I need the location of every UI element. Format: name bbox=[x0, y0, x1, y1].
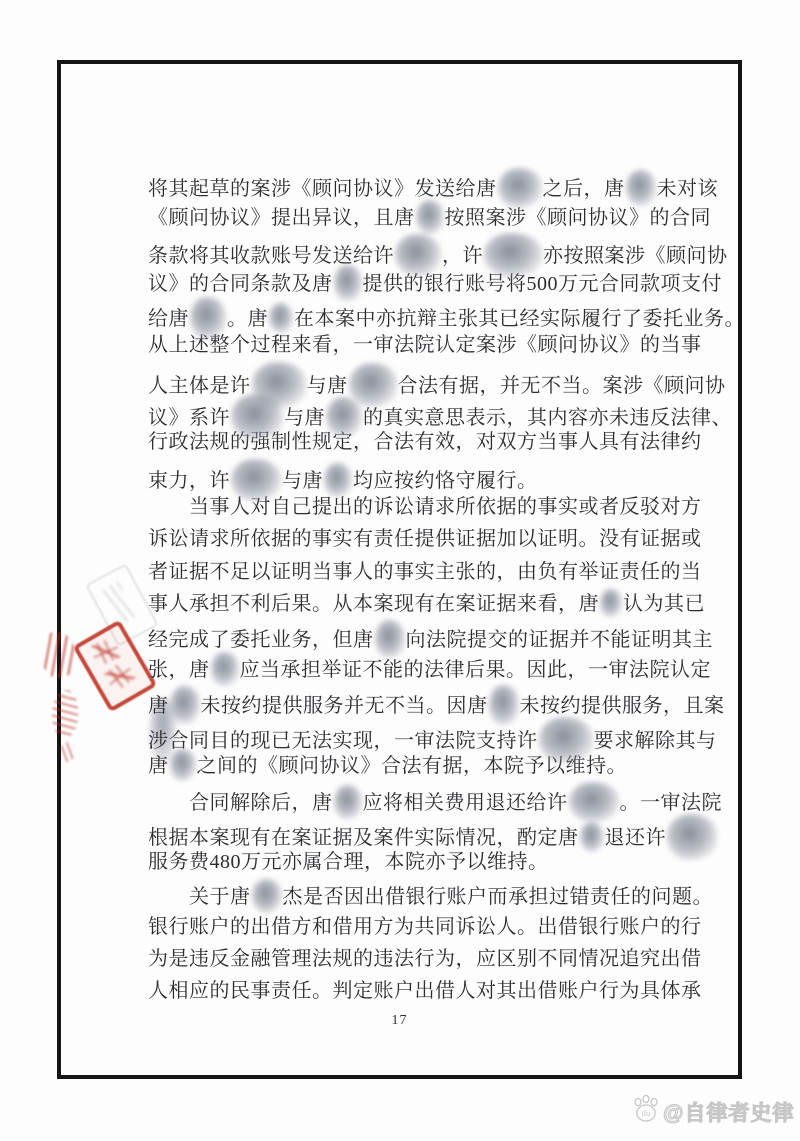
page-number: 17 bbox=[57, 1013, 742, 1029]
text-line: 合同解除后，唐应将相关费用退还给许。一审法院 bbox=[148, 782, 710, 814]
text-line: 者证据不足以证明当事人的事实主张的，由负有举证责任的当 bbox=[148, 556, 710, 588]
text-run: 与唐 bbox=[282, 470, 323, 492]
text-line: 束力，许与唐均应按约恪守履行。 bbox=[148, 459, 710, 491]
redaction-blob bbox=[170, 749, 196, 781]
text-line: 议》系许与唐的真实意思表示，其内容亦未违反法律、 bbox=[148, 394, 710, 426]
redaction-blob bbox=[211, 652, 239, 686]
text-line: 经完成了委托业务，但唐向法院提交的证据并不能证明其主 bbox=[148, 620, 710, 652]
text-line: 涉合同目的现已无法实现，一审法院支持许要求解除其与 bbox=[148, 717, 710, 749]
watermark-text: @自律者史律 bbox=[663, 1097, 794, 1127]
text-run: 应将相关费用退还给许 bbox=[363, 792, 568, 814]
text-run: 银行账户的出借方和借用方为共同诉讼人。出借银行账户的行 bbox=[148, 916, 702, 938]
paw-icon-text: du bbox=[642, 1109, 651, 1118]
text-run: 未按约提供服务，且案 bbox=[520, 695, 725, 717]
text-line: 从上述整个过程来看，一审法院认定案涉《顾问协议》的当事 bbox=[148, 329, 710, 361]
text-run: 亦按照案涉《顾问协 bbox=[543, 245, 728, 267]
text-run: 提供的银行账号将500万元合同款项支付 bbox=[363, 273, 723, 295]
redaction-blob bbox=[252, 879, 282, 913]
redaction-blob bbox=[489, 685, 519, 725]
redaction-blob bbox=[269, 303, 293, 333]
redaction-blob bbox=[484, 233, 542, 277]
redaction-blob bbox=[395, 234, 441, 276]
text-line: 事人承担不利后果。从本案现有在案证据来看，唐认为其已 bbox=[148, 588, 710, 620]
redaction-blob bbox=[667, 814, 717, 860]
text-line: 关于唐杰是否因出借银行账户而承担过错责任的问题。 bbox=[148, 879, 710, 911]
text-run: 为是违反金融管理法规的违法行为，应区别不同情况追究出借 bbox=[148, 948, 702, 970]
red-edge-stamp-fragment bbox=[60, 742, 75, 762]
text-run: 在本案中亦抗辩主张其已经实际履行了委托业务。 bbox=[294, 308, 745, 330]
text-line: 唐之间的《顾问协议》合法有据，本院予以维持。 bbox=[148, 749, 710, 781]
text-run: 张，唐 bbox=[148, 659, 210, 681]
text-run: 议》的合同条款及唐 bbox=[148, 273, 333, 295]
text-run: 给唐 bbox=[148, 308, 189, 330]
text-run: 服务费480万元亦属合理，本院亦予以维持。 bbox=[148, 851, 549, 873]
redaction-blob bbox=[334, 265, 362, 301]
text-line: 行政法规的强制性规定，合法有效，对双方当事人具有法律约 bbox=[148, 426, 710, 458]
text-run: 。一审法院 bbox=[620, 792, 723, 814]
text-line: 当事人对自己提出的诉讼请求所依据的事实或者反驳对方 bbox=[148, 491, 710, 523]
text-run: 者证据不足以证明当事人的事实主张的，由负有举证责任的当 bbox=[148, 561, 702, 583]
redaction-blob bbox=[600, 589, 622, 617]
text-run: 按照案涉《顾问协议》的合同 bbox=[445, 207, 712, 229]
redaction-blob bbox=[231, 459, 281, 501]
text-run: 关于唐 bbox=[189, 886, 251, 908]
text-run: 之后，唐 bbox=[543, 178, 625, 200]
text-run: 《顾问协议》提出异议，且唐 bbox=[148, 207, 415, 229]
redaction-blob bbox=[190, 297, 226, 339]
text-run: ，许 bbox=[442, 245, 483, 267]
redaction-blob bbox=[375, 620, 405, 658]
text-line: 人相应的民事责任。判定账户出借人对其出借账户行为具体承 bbox=[148, 975, 710, 1007]
redaction-blob bbox=[580, 822, 604, 852]
text-line: 为是违反金融管理法规的违法行为，应区别不同情况追究出借 bbox=[148, 943, 710, 975]
text-run: 合同解除后，唐 bbox=[189, 792, 333, 814]
redaction-blob bbox=[170, 686, 200, 724]
text-line: 银行账户的出借方和借用方为共同诉讼人。出借银行账户的行 bbox=[148, 911, 710, 943]
text-line: 给唐。唐在本案中亦抗辩主张其已经实际履行了委托业务。 bbox=[148, 297, 710, 329]
red-edge-stamp-fragment bbox=[52, 690, 78, 738]
text-line: 根据本案现有在案证据及案件实际情况，酌定唐退还许 bbox=[148, 814, 710, 846]
redaction-blob bbox=[569, 782, 619, 822]
redaction-blob bbox=[231, 394, 283, 440]
text-run: 条款将其收款账号发送给许 bbox=[148, 245, 394, 267]
text-line: 服务费480万元亦属合理，本院亦予以维持。 bbox=[148, 846, 710, 878]
text-line: 诉讼请求所依据的事实有责任提供证据加以证明。没有证据或 bbox=[148, 523, 710, 555]
redaction-blob bbox=[626, 170, 656, 206]
text-run: 唐 bbox=[148, 695, 169, 717]
text-run: 退还许 bbox=[605, 827, 667, 849]
text-run: 束力，许 bbox=[148, 470, 230, 492]
redaction-blob bbox=[334, 785, 362, 819]
ghost-seal-marks bbox=[101, 581, 137, 626]
text-run: 。唐 bbox=[227, 308, 268, 330]
text-run: 将其起草的案涉《顾问协议》发送给唐 bbox=[148, 178, 497, 200]
text-run: 认为其已 bbox=[623, 593, 705, 615]
redaction-blob bbox=[498, 168, 542, 208]
text-line: 条款将其收款账号发送给许，许亦按照案涉《顾问协 bbox=[148, 233, 710, 265]
text-run: 行政法规的强制性规定，合法有效，对双方当事人具有法律约 bbox=[148, 431, 702, 453]
text-run: 向法院提交的证据并不能证明其主 bbox=[406, 629, 714, 651]
redaction-blob bbox=[326, 397, 362, 437]
redaction-blob bbox=[416, 200, 444, 234]
text-block: 将其起草的案涉《顾问协议》发送给唐之后，唐未对该《顾问协议》提出异议，且唐按照案… bbox=[148, 168, 710, 1008]
redaction-blob bbox=[539, 717, 593, 763]
red-edge-stamp-fragment bbox=[42, 632, 76, 678]
redaction-blob bbox=[324, 463, 352, 497]
text-run: 经完成了委托业务，但唐 bbox=[148, 629, 374, 651]
seal-character-mark bbox=[103, 659, 137, 692]
text-run: 唐 bbox=[148, 755, 169, 777]
text-run: 未按约提供服务并无不当。因唐 bbox=[201, 695, 488, 717]
text-run: 人相应的民事责任。判定账户出借人对其出借账户行为具体承 bbox=[148, 980, 702, 1002]
text-run: 事人承担不利后果。从本案现有在案证据来看，唐 bbox=[148, 593, 599, 615]
watermark: du @自律者史律 bbox=[632, 1094, 794, 1129]
text-line: 将其起草的案涉《顾问协议》发送给唐之后，唐未对该 bbox=[148, 168, 710, 200]
text-run: 诉讼请求所依据的事实有责任提供证据加以证明。没有证据或 bbox=[148, 528, 702, 550]
text-line: 唐未按约提供服务并无不当。因唐未按约提供服务，且案 bbox=[148, 685, 710, 717]
text-run: 杰是否因出借银行账户而承担过错责任的问题。 bbox=[283, 886, 714, 908]
text-run: 均应按约恪守履行。 bbox=[353, 470, 538, 492]
text-run: 未对该 bbox=[657, 178, 719, 200]
text-line: 《顾问协议》提出异议，且唐按照案涉《顾问协议》的合同 bbox=[148, 200, 710, 232]
baidu-paw-icon: du bbox=[632, 1094, 660, 1129]
text-run: 应当承担举证不能的法律后果。因此，一审法院认定 bbox=[240, 659, 712, 681]
text-line: 人主体是许与唐合法有据，并无不当。案涉《顾问协 bbox=[148, 362, 710, 394]
text-run: 从上述整个过程来看，一审法院认定案涉《顾问协议》的当事 bbox=[148, 334, 702, 356]
document-page: 将其起草的案涉《顾问协议》发送给唐之后，唐未对该《顾问协议》提出异议，且唐按照案… bbox=[0, 0, 800, 1141]
text-line: 张，唐应当承担举证不能的法律后果。因此，一审法院认定 bbox=[148, 652, 710, 684]
